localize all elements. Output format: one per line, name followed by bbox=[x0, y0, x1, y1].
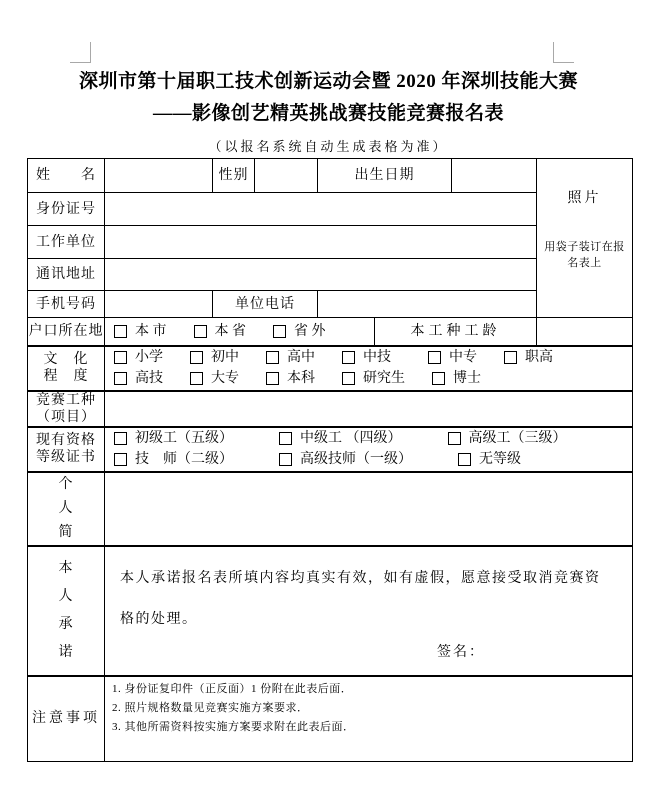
document-page: 深圳市第十届职工技术创新运动会暨 2020 年深圳技能大赛 ——影像创艺精英挑战… bbox=[0, 0, 657, 810]
checkbox-vocational-high[interactable]: 职高 bbox=[504, 347, 553, 368]
checkbox-junior-worker[interactable]: 初级工（五级） bbox=[114, 428, 233, 449]
commitment-label-char: 本 bbox=[59, 560, 74, 578]
form-subtitle: （以报名系统自动生成表格为准） bbox=[0, 136, 657, 155]
commitment-label-char: 承 bbox=[59, 616, 74, 634]
checkbox-icon bbox=[342, 351, 355, 364]
education-label-line1: 文 化 bbox=[28, 351, 104, 368]
option-label: 初中 bbox=[211, 347, 239, 368]
checkbox-icon bbox=[114, 325, 127, 338]
photo-binding-note: 用袋子装订在报名表上 bbox=[541, 239, 629, 271]
work-phone-field[interactable] bbox=[318, 291, 537, 318]
commitment-label: 本 人 承 诺 bbox=[28, 546, 105, 676]
checkbox-icon bbox=[504, 351, 517, 364]
note-item: 2. 照片规格数量见竞赛实施方案要求． bbox=[105, 699, 632, 718]
option-label: 技 师（二级） bbox=[135, 449, 233, 470]
option-label: 博士 bbox=[453, 368, 481, 389]
checkbox-icon bbox=[266, 372, 279, 385]
commitment-label-char: 人 bbox=[59, 588, 74, 606]
checkbox-icon bbox=[194, 325, 207, 338]
resume-label-char: 人 bbox=[59, 500, 74, 518]
checkbox-senior-technician[interactable]: 高级技师（一级） bbox=[279, 449, 412, 470]
seniority-label: 本工种工龄 bbox=[375, 318, 537, 346]
id-number-field[interactable] bbox=[105, 193, 537, 226]
option-label: 高级工（三级） bbox=[469, 428, 567, 449]
checkbox-senior-middle[interactable]: 高中 bbox=[266, 347, 315, 368]
option-label: 中级工 （四级） bbox=[300, 428, 402, 449]
checkbox-secondary-vocational[interactable]: 中专 bbox=[428, 347, 477, 368]
qualification-label-line1: 现有资格 bbox=[28, 432, 104, 449]
competition-type-label-line1: 竞赛工种 bbox=[28, 392, 104, 409]
work-unit-field[interactable] bbox=[105, 226, 537, 259]
checkbox-icon bbox=[279, 432, 292, 445]
option-label: 中技 bbox=[363, 347, 391, 368]
competition-type-label: 竞赛工种 （项目） bbox=[28, 391, 105, 427]
checkbox-doctor[interactable]: 博士 bbox=[432, 368, 481, 389]
residence-options-cell: 本 市 本 省 省 外 bbox=[105, 318, 375, 346]
checkbox-other-province[interactable]: 省 外 bbox=[273, 321, 326, 342]
option-label: 高中 bbox=[287, 347, 315, 368]
option-label: 职高 bbox=[525, 347, 553, 368]
note-item: 1. 身份证复印件（正反面）1 份附在此表后面． bbox=[105, 680, 632, 699]
checkbox-junior-middle[interactable]: 初中 bbox=[190, 347, 239, 368]
commitment-cell: 本人承诺报名表所填内容均真实有效，如有虚假，愿意接受取消竞赛资格的处理。 签名： bbox=[105, 546, 633, 676]
competition-type-label-line2: （项目） bbox=[28, 409, 104, 426]
address-label: 通讯地址 bbox=[28, 259, 105, 291]
option-label: 本科 bbox=[287, 368, 315, 389]
checkbox-senior-worker[interactable]: 高级工（三级） bbox=[448, 428, 567, 449]
checkbox-icon bbox=[114, 453, 127, 466]
commitment-statement: 本人承诺报名表所填内容均真实有效，如有虚假，愿意接受取消竞赛资格的处理。 bbox=[105, 547, 632, 640]
option-label: 小学 bbox=[135, 347, 163, 368]
option-label: 高技 bbox=[135, 368, 163, 389]
id-number-label: 身份证号 bbox=[28, 193, 105, 226]
photo-cell: 照片 用袋子装订在报名表上 bbox=[537, 159, 633, 318]
checkbox-icon bbox=[266, 351, 279, 364]
form-title-line2: ——影像创艺精英挑战赛技能竞赛报名表 bbox=[0, 98, 657, 130]
checkbox-icon bbox=[428, 351, 441, 364]
checkbox-intermediate-worker[interactable]: 中级工 （四级） bbox=[279, 428, 402, 449]
checkbox-postgraduate[interactable]: 研究生 bbox=[342, 368, 405, 389]
checkbox-icon bbox=[190, 351, 203, 364]
checkbox-advanced-technical[interactable]: 高技 bbox=[114, 368, 163, 389]
option-label: 大专 bbox=[211, 368, 239, 389]
education-options-cell: 小学 初中 高中 中技 中专 职高 高技 大专 本科 研究生 博士 bbox=[105, 346, 633, 391]
checkbox-icon bbox=[114, 432, 127, 445]
checkbox-icon bbox=[458, 453, 471, 466]
checkbox-icon bbox=[190, 372, 203, 385]
checkbox-bachelor[interactable]: 本科 bbox=[266, 368, 315, 389]
option-label: 高级技师（一级） bbox=[300, 449, 412, 470]
checkbox-icon bbox=[273, 325, 286, 338]
gender-label: 性别 bbox=[213, 159, 255, 193]
checkbox-local-city[interactable]: 本 市 bbox=[114, 321, 167, 342]
seniority-field[interactable] bbox=[537, 318, 633, 346]
checkbox-icon bbox=[114, 372, 127, 385]
work-phone-label: 单位电话 bbox=[213, 291, 318, 318]
resume-label-char: 个 bbox=[59, 476, 74, 494]
option-label: 初级工（五级） bbox=[135, 428, 233, 449]
option-label: 省 外 bbox=[294, 321, 326, 342]
resume-label-char: 简 bbox=[59, 524, 74, 542]
checkbox-technician[interactable]: 技 师（二级） bbox=[114, 449, 233, 470]
birth-date-field[interactable] bbox=[452, 159, 537, 193]
competition-type-field[interactable] bbox=[105, 391, 633, 427]
checkbox-no-grade[interactable]: 无等级 bbox=[458, 449, 521, 470]
residence-label: 户口所在地 bbox=[28, 318, 105, 346]
option-label: 本 省 bbox=[215, 321, 247, 342]
option-label: 本 市 bbox=[135, 321, 167, 342]
form-title-line1: 深圳市第十届职工技术创新运动会暨 2020 年深圳技能大赛 bbox=[0, 66, 657, 98]
name-label: 姓 名 bbox=[28, 159, 105, 193]
notes-label: 注意事项 bbox=[28, 676, 105, 762]
note-item: 3. 其他所需资料按实施方案要求附在此表后面． bbox=[105, 718, 632, 737]
signature-label: 签名： bbox=[105, 640, 632, 666]
option-label: 研究生 bbox=[363, 368, 405, 389]
option-label: 无等级 bbox=[479, 449, 521, 470]
photo-label: 照片 bbox=[537, 187, 632, 207]
registration-form-table: 姓 名 性别 出生日期 照片 用袋子装订在报名表上 身份证号 工作单位 通讯地址… bbox=[27, 158, 633, 762]
qualification-label-line2: 等级证书 bbox=[28, 449, 104, 466]
mobile-label: 手机号码 bbox=[28, 291, 105, 318]
mobile-field[interactable] bbox=[105, 291, 213, 318]
checkbox-junior-college[interactable]: 大专 bbox=[190, 368, 239, 389]
page-margin-mark-left bbox=[70, 42, 91, 63]
checkbox-icon bbox=[114, 351, 127, 364]
checkbox-icon bbox=[432, 372, 445, 385]
form-title: 深圳市第十届职工技术创新运动会暨 2020 年深圳技能大赛 ——影像创艺精英挑战… bbox=[0, 66, 657, 130]
page-margin-mark-right bbox=[553, 42, 574, 63]
education-label-line2: 程 度 bbox=[28, 368, 104, 385]
resume-label: 个 人 简 bbox=[28, 472, 105, 546]
name-field[interactable] bbox=[105, 159, 213, 193]
notes-cell: 1. 身份证复印件（正反面）1 份附在此表后面． 2. 照片规格数量见竞赛实施方… bbox=[105, 676, 633, 762]
commitment-label-char: 诺 bbox=[59, 644, 74, 662]
education-label: 文 化 程 度 bbox=[28, 346, 105, 391]
checkbox-icon bbox=[342, 372, 355, 385]
address-field[interactable] bbox=[105, 259, 537, 291]
work-unit-label: 工作单位 bbox=[28, 226, 105, 259]
qualification-label: 现有资格 等级证书 bbox=[28, 427, 105, 472]
qualification-options-cell: 初级工（五级） 中级工 （四级） 高级工（三级） 技 师（二级） 高级技师（一级… bbox=[105, 427, 633, 472]
resume-field[interactable] bbox=[105, 472, 633, 546]
checkbox-icon bbox=[448, 432, 461, 445]
checkbox-local-province[interactable]: 本 省 bbox=[194, 321, 247, 342]
checkbox-primary-school[interactable]: 小学 bbox=[114, 347, 163, 368]
option-label: 中专 bbox=[449, 347, 477, 368]
gender-field[interactable] bbox=[255, 159, 318, 193]
checkbox-technical-school[interactable]: 中技 bbox=[342, 347, 391, 368]
checkbox-icon bbox=[279, 453, 292, 466]
birth-date-label: 出生日期 bbox=[318, 159, 452, 193]
